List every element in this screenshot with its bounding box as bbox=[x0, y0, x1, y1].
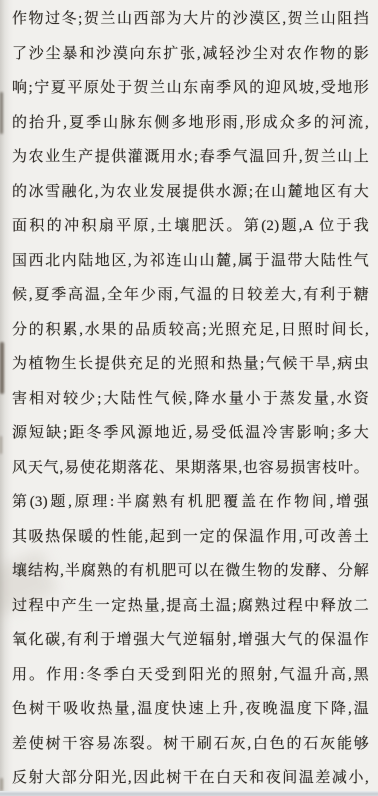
text-line-15: 第(3)题,原理:半腐熟有机肥覆盖在作物间,增强 bbox=[12, 485, 369, 520]
text-line-9: 候,夏季高温,全年少雨,气温的日较差大,有利于糖 bbox=[12, 278, 369, 313]
text-line-8: 国西北内陆地区,为祁连山山麓,属于温带大陆性气 bbox=[12, 244, 369, 279]
scan-smudge-mark bbox=[0, 778, 3, 791]
text-line-3: 响;宁夏平原处于贺兰山东南季风的迎风坡,受地形 bbox=[12, 71, 369, 106]
text-line-4: 的抬升,夏季山脉东侧多地形雨,形成众多的河流, bbox=[12, 106, 369, 141]
text-line-11: 为植物生长提供充足的光照和热量;气候干旱,病虫 bbox=[12, 347, 369, 382]
text-line-7: 面积的冲积扇平原,土壤肥沃。第(2)题,A 位于我 bbox=[12, 209, 369, 244]
scanned-document-page: 作物过冬;贺兰山西部为大片的沙漠区,贺兰山阻挡了沙尘暴和沙漠向东扩张,减轻沙尘对… bbox=[0, 0, 378, 796]
answer-paragraph-text: 作物过冬;贺兰山西部为大片的沙漠区,贺兰山阻挡了沙尘暴和沙漠向东扩张,减轻沙尘对… bbox=[12, 2, 369, 796]
text-line-1: 作物过冬;贺兰山西部为大片的沙漠区,贺兰山阻挡 bbox=[12, 2, 369, 37]
text-line-10: 分的积累,水果的品质较高;光照充足,日照时间长, bbox=[12, 313, 369, 348]
text-line-16: 其吸热保暖的性能,起到一定的保温作用,可改善土 bbox=[12, 520, 369, 555]
text-line-13: 源短缺;距冬季风源地近,易受低温冷害影响;多大 bbox=[12, 416, 369, 451]
text-line-21: 色树干吸收热量,温度快速上升,夜晚温度下降,温 bbox=[12, 692, 369, 727]
text-line-17: 壤结构,半腐熟的有机肥可以在微生物的发酵、分解 bbox=[12, 554, 369, 589]
text-line-5: 为农业生产提供灌溉用水;春季气温回升,贺兰山上 bbox=[12, 140, 369, 175]
text-line-22: 差使树干容易冻裂。树干刷石灰,白色的石灰能够 bbox=[12, 727, 369, 762]
scan-smudge-mark bbox=[0, 436, 2, 454]
text-line-6: 的冰雪融化,为农业发展提供水源;在山麓地区有大 bbox=[12, 175, 369, 210]
text-line-2: 了沙尘暴和沙漠向东扩张,减轻沙尘对农作物的影 bbox=[12, 37, 369, 72]
text-line-18: 过程中产生一定热量,提高土温;腐熟过程中释放二 bbox=[12, 589, 369, 624]
scan-smudge-mark bbox=[0, 342, 4, 394]
text-line-14: 风天气,易使花期落花、果期落果,也容易损害枝叶。 bbox=[12, 451, 369, 486]
text-line-12: 害相对较少;大陆性气候,降水量小于蒸发量,水资 bbox=[12, 382, 369, 417]
text-line-20: 用。作用:冬季白天受到阳光的照射,气温升高,黑 bbox=[12, 658, 369, 693]
text-line-19: 氧化碳,有利于增强大气逆辐射,增强大气的保温作 bbox=[12, 623, 369, 658]
text-line-23: 反射大部分阳光,因此树干在白天和夜间温差减小, bbox=[12, 761, 369, 796]
scan-smudge-mark bbox=[0, 92, 3, 134]
